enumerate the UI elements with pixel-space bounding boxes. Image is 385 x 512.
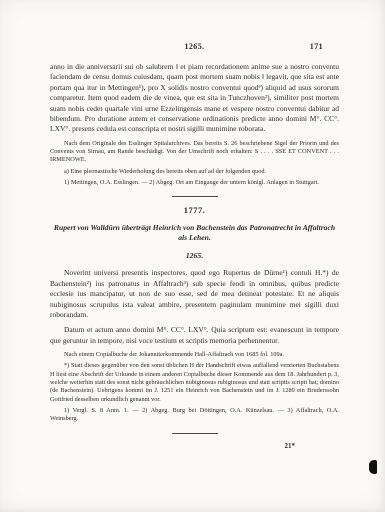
entry-1777: 1777. Rupert von Walldürn überträgt Hein… <box>50 205 339 423</box>
entry-continuation: anno in die anniversarii sui ob salubrem… <box>50 62 339 187</box>
end-divider-rule <box>172 433 218 434</box>
scan-artifact-mark <box>369 460 377 474</box>
footnote-a: a) Eine pleonastische Wiederholung des b… <box>50 168 339 176</box>
footnote-1: 1) Mettingen, O.A. Esslingen. — 2) Abgeg… <box>50 179 339 187</box>
footnotes-numbered: 1) Vergl. S. 8 Anm. 1. — 2) Abgeg. Burg … <box>50 407 339 424</box>
footnote-star: *) Statt dieses gegenüber von den sonst … <box>50 362 339 403</box>
scanned-book-page: 1265. 171 anno in die anniversarii sui o… <box>0 0 385 512</box>
sheet-signature: 21* <box>50 442 339 450</box>
entry-title-line2: als Lehen. <box>50 233 339 243</box>
source-note: Nach dem Originale des Esslinger Spitala… <box>50 140 339 165</box>
running-head-year: 1265. <box>185 42 205 51</box>
entry-title-line1: Rupert von Walldürn überträgt Heinrich v… <box>50 223 339 233</box>
page-number: 171 <box>310 42 323 51</box>
entry-number: 1777. <box>50 205 339 215</box>
section-divider-rule <box>172 196 218 197</box>
page-header: 1265. 171 <box>50 42 339 52</box>
source-note: Nach einem Copialbuche der Johanniterkom… <box>50 351 339 359</box>
charter-body-paragraph-2: Datum et actum anno domini M°. CC°. LXV°… <box>50 325 339 346</box>
entry-date: 1265. <box>50 251 339 260</box>
charter-body-paragraph-1: Noverint universi presentis inspectores,… <box>50 268 339 320</box>
charter-body-text: anno in die anniversarii sui ob salubrem… <box>50 62 339 135</box>
